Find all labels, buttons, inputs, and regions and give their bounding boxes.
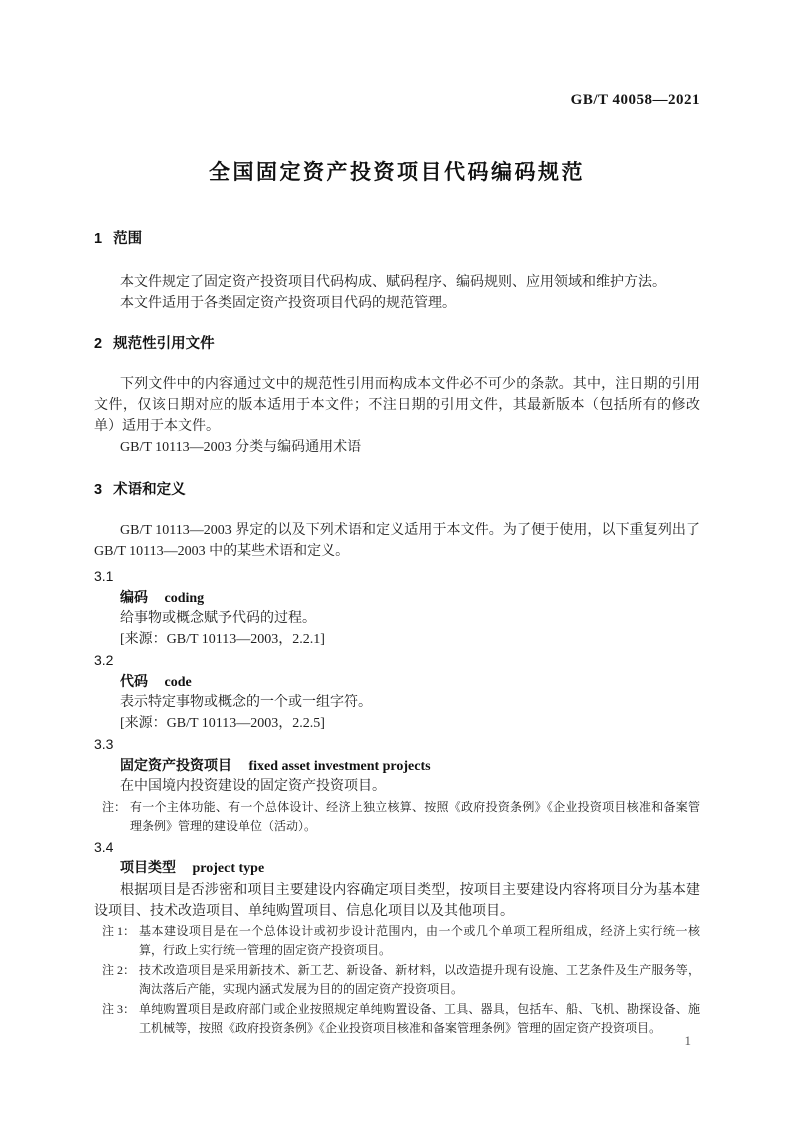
- term-source: [来源：GB/T 10113—2003，2.2.1]: [94, 630, 700, 651]
- note-text: 有一个主体功能、有一个总体设计、经济上独立核算、按照《政府投资条例》《企业投资项…: [130, 798, 700, 837]
- section-scope-heading: 1 范围: [94, 230, 700, 248]
- term-definition: 表示特定事物或概念的一个或一组字符。: [94, 693, 700, 714]
- clause-number-3-2: 3.2: [94, 650, 700, 671]
- term-en: project type: [193, 861, 265, 876]
- note-label: 注 2：: [102, 961, 135, 1000]
- clause-number-3-3: 3.3: [94, 734, 700, 755]
- project-type-paragraph: 根据项目是否涉密和项目主要建设内容确定项目类型，按项目主要建设内容将项目分为基本…: [94, 880, 700, 922]
- note-label: 注 3：: [102, 1000, 135, 1039]
- term-project-type: 项目类型 project type: [94, 857, 700, 880]
- section-title: 术语和定义: [113, 481, 186, 499]
- term-zh: 代码: [120, 673, 148, 689]
- term-note: 注： 有一个主体功能、有一个总体设计、经济上独立核算、按照《政府投资条例》《企业…: [94, 798, 700, 837]
- note-text: 技术改造项目是采用新技术、新工艺、新设备、新材料，以改造提升现有设施、工艺条件及…: [139, 961, 700, 1000]
- note-text: 单纯购置项目是政府部门或企业按照规定单纯购置设备、工具、器具，包括车、船、飞机、…: [139, 1000, 700, 1039]
- section-title: 规范性引用文件: [113, 335, 215, 353]
- page-number: 1: [685, 1033, 692, 1049]
- references-paragraph: 下列文件中的内容通过文中的规范性引用而构成本文件必不可少的条款。其中，注日期的引…: [94, 374, 700, 437]
- clause-number-3-4: 3.4: [94, 837, 700, 858]
- terms-intro-paragraph: GB/T 10113—2003 界定的以及下列术语和定义适用于本文件。为了便于使…: [94, 520, 700, 562]
- section-terms-heading: 3 术语和定义: [94, 481, 700, 499]
- section-title: 范围: [113, 230, 142, 248]
- scope-paragraph-1: 本文件规定了固定资产投资项目代码构成、赋码程序、编码规则、应用领域和维护方法。: [94, 272, 700, 293]
- term-code: 代码 code: [94, 671, 700, 694]
- term-en: code: [165, 675, 192, 690]
- terms-list: 3.1 编码 coding 给事物或概念赋予代码的过程。 [来源：GB/T 10…: [94, 566, 700, 1039]
- term-zh: 编码: [120, 589, 148, 605]
- section-number: 3: [94, 481, 102, 499]
- term-source: [来源：GB/T 10113—2003，2.2.5]: [94, 714, 700, 735]
- term-zh: 固定资产投资项目: [120, 757, 232, 773]
- document-page: GB/T 40058—2021 全国固定资产投资项目代码编码规范 1 范围 本文…: [0, 0, 793, 1122]
- term-definition: 在中国境内投资建设的固定资产投资项目。: [94, 777, 700, 798]
- note-label: 注：: [102, 798, 126, 837]
- note-text: 基本建设项目是在一个总体设计或初步设计范围内，由一个或几个单项工程所组成，经济上…: [139, 922, 700, 961]
- clause-number-3-1: 3.1: [94, 566, 700, 587]
- document-title: 全国固定资产投资项目代码编码规范: [94, 158, 700, 188]
- project-type-note-2: 注 2： 技术改造项目是采用新技术、新工艺、新设备、新材料，以改造提升现有设施、…: [94, 961, 700, 1000]
- term-zh: 项目类型: [120, 859, 176, 875]
- project-type-note-1: 注 1： 基本建设项目是在一个总体设计或初步设计范围内，由一个或几个单项工程所组…: [94, 922, 700, 961]
- term-fixed-asset-investment-projects: 固定资产投资项目 fixed asset investment projects: [94, 755, 700, 778]
- section-number: 1: [94, 230, 102, 248]
- term-en: coding: [165, 591, 205, 606]
- term-en: fixed asset investment projects: [249, 759, 431, 774]
- section-references-heading: 2 规范性引用文件: [94, 335, 700, 353]
- section-number: 2: [94, 335, 102, 353]
- term-coding: 编码 coding: [94, 587, 700, 610]
- note-label: 注 1：: [102, 922, 135, 961]
- referenced-standard: GB/T 10113—2003 分类与编码通用术语: [94, 437, 700, 458]
- standard-number: GB/T 40058—2021: [94, 92, 700, 108]
- term-definition: 给事物或概念赋予代码的过程。: [94, 609, 700, 630]
- project-type-note-3: 注 3： 单纯购置项目是政府部门或企业按照规定单纯购置设备、工具、器具，包括车、…: [94, 1000, 700, 1039]
- scope-paragraph-2: 本文件适用于各类固定资产投资项目代码的规范管理。: [94, 293, 700, 314]
